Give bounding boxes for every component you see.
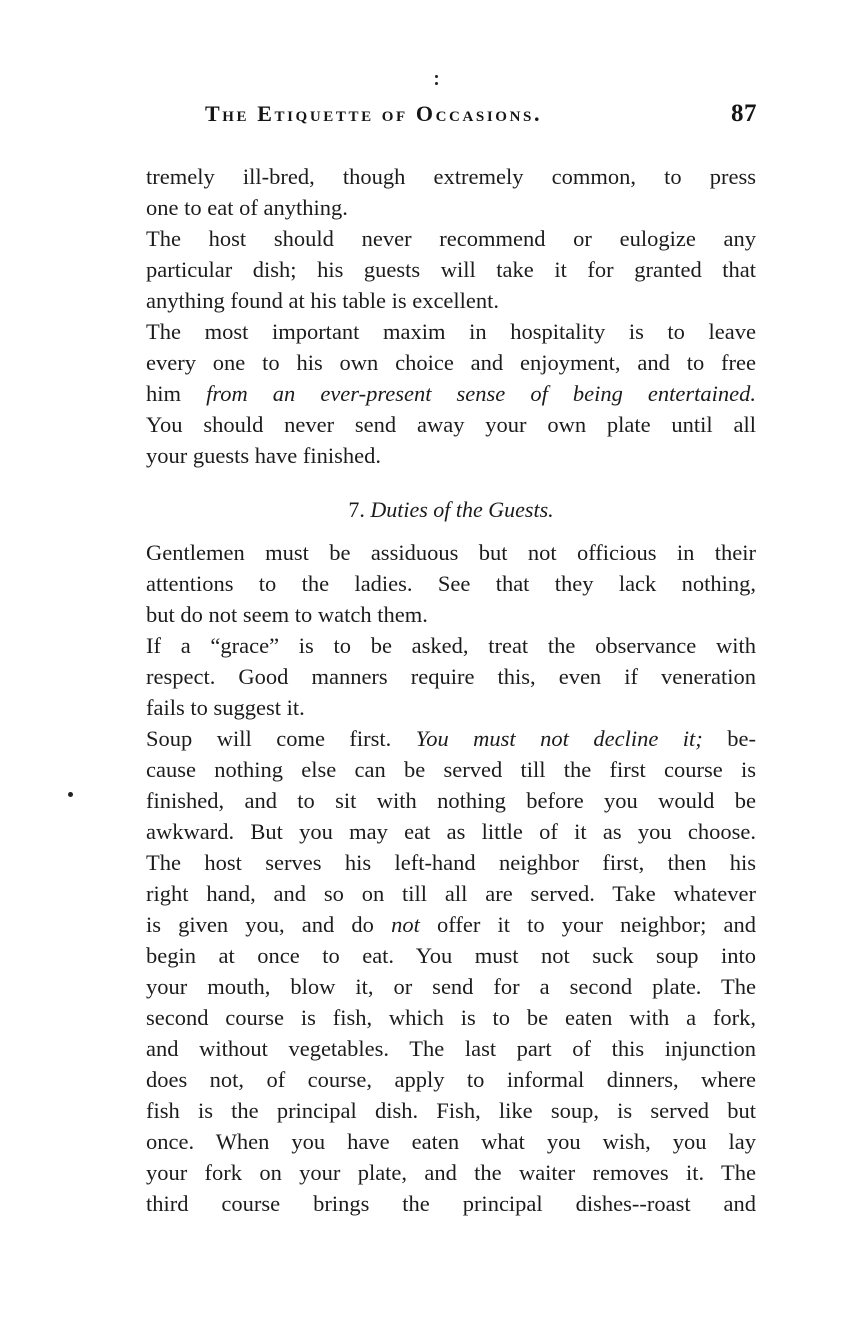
text-line: tremely ill-bred, though extremely commo… xyxy=(146,161,756,192)
body-text-block-2: Gentlemen must be assiduous but not offi… xyxy=(146,537,756,1219)
line-text: him xyxy=(146,381,206,406)
text-line: but do not seem to watch them. xyxy=(146,599,756,630)
running-title: The Etiquette of Occasions. xyxy=(205,101,542,127)
text-line: does not, of course, apply to informal d… xyxy=(146,1064,756,1095)
italic-word: not xyxy=(391,912,420,937)
text-line: The most important maxim in hospitality … xyxy=(146,316,756,347)
section-title: Duties of the Guests. xyxy=(370,497,553,522)
text-line: third course brings the principal dishes… xyxy=(146,1188,756,1219)
body-text-block-1: tremely ill-bred, though extremely commo… xyxy=(146,161,756,471)
text-line: is given you, and do not offer it to you… xyxy=(146,909,756,940)
line-text: The host should never recommend or eulog… xyxy=(146,226,756,251)
running-head: The Etiquette of Occasions. 87 xyxy=(205,100,757,134)
line-text: is given you, and do xyxy=(146,912,391,937)
text-line: your guests have finished. xyxy=(146,440,756,471)
line-text: be- xyxy=(703,726,756,751)
text-line: You should never send away your own plat… xyxy=(146,409,756,440)
text-line: and without vegetables. The last part of… xyxy=(146,1033,756,1064)
section-number: 7. xyxy=(348,497,365,522)
text-line: begin at once to eat. You must not suck … xyxy=(146,940,756,971)
text-line: every one to his own choice and enjoymen… xyxy=(146,347,756,378)
text-line: him from an ever-present sense of being … xyxy=(146,378,756,409)
italic-phrase: You must not decline it; xyxy=(416,726,703,751)
text-line: one to eat of anything. xyxy=(146,192,756,223)
text-line: fish is the principal dish. Fish, like s… xyxy=(146,1095,756,1126)
text-line: Soup will come first. You must not decli… xyxy=(146,723,756,754)
page-number: 87 xyxy=(731,100,757,128)
text-line: respect. Good manners require this, even… xyxy=(146,661,756,692)
text-line: attentions to the ladies. See that they … xyxy=(146,568,756,599)
text-line: If a “grace” is to be asked, treat the o… xyxy=(146,630,756,661)
margin-mark xyxy=(68,792,73,797)
line-text: offer it to your neighbor; and xyxy=(420,912,756,937)
text-line: your fork on your plate, and the waiter … xyxy=(146,1157,756,1188)
text-line: cause nothing else can be served till th… xyxy=(146,754,756,785)
line-text: Soup will come first. xyxy=(146,726,416,751)
text-line: right hand, and so on till all are serve… xyxy=(146,878,756,909)
text-line: anything found at his table is excellent… xyxy=(146,285,756,316)
text-line: your mouth, blow it, or send for a secon… xyxy=(146,971,756,1002)
text-line: The host serves his left-hand neighbor f… xyxy=(146,847,756,878)
scan-speck xyxy=(435,75,438,78)
book-page: The Etiquette of Occasions. 87 tremely i… xyxy=(0,0,856,1341)
section-heading: 7. Duties of the Guests. xyxy=(146,494,756,525)
text-line: The host should never recommend or eulog… xyxy=(146,223,756,254)
text-line: Gentlemen must be assiduous but not offi… xyxy=(146,537,756,568)
text-line: finished, and to sit with nothing before… xyxy=(146,785,756,816)
text-line: second course is fish, which is to be ea… xyxy=(146,1002,756,1033)
text-line: fails to suggest it. xyxy=(146,692,756,723)
text-line: awkward. But you may eat as little of it… xyxy=(146,816,756,847)
text-line: once. When you have eaten what you wish,… xyxy=(146,1126,756,1157)
scan-speck xyxy=(435,82,438,85)
italic-phrase: from an ever-present sense of being ente… xyxy=(206,381,756,406)
text-line: particular dish; his guests will take it… xyxy=(146,254,756,285)
